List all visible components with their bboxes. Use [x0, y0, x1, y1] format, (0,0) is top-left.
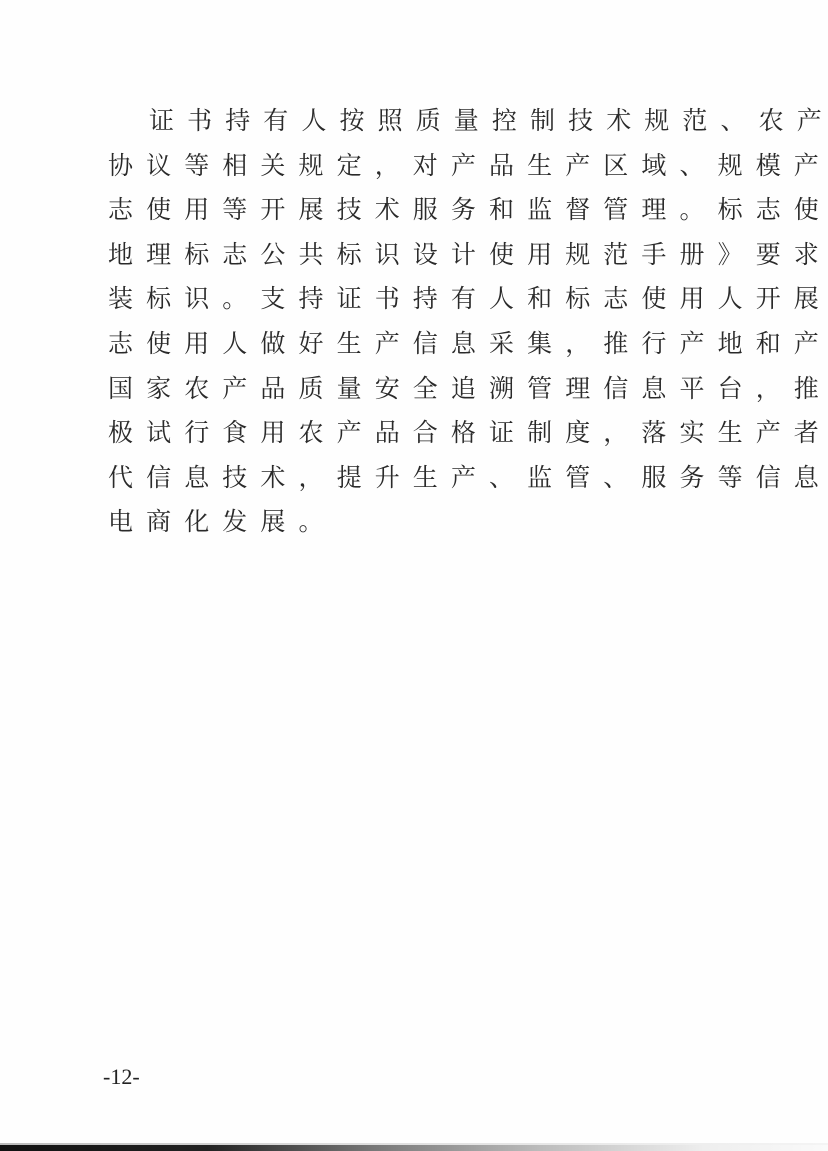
paragraph-line: 极试行食用农产品合格证制度，落实生产者主体责任。利用现 [108, 411, 720, 456]
scan-edge [0, 1145, 828, 1151]
paragraph-line: 电商化发展。 [108, 500, 720, 545]
paragraph-line: 志使用人做好生产信息采集，推行产地和产品台账管理，依托 [108, 322, 720, 367]
paragraph-line: 证书持有人按照质量控制技术规范、农产品地理标志使用 [108, 99, 720, 144]
body-paragraph: 证书持有人按照质量控制技术规范、农产品地理标志使用 协议等相关规定，对产品生产区… [108, 99, 720, 545]
paragraph-line: 协议等相关规定，对产品生产区域、规模产量、特色品质、标 [108, 144, 720, 189]
paragraph-line: 代信息技术，提升生产、监管、服务等信息化水平，推动经营 [108, 456, 720, 501]
page-number: -12- [103, 1064, 140, 1090]
document-page: 证书持有人按照质量控制技术规范、农产品地理标志使用 协议等相关规定，对产品生产区… [0, 0, 828, 1151]
paragraph-line: 地理标志公共标识设计使用规范手册》要求，规范上市产品包 [108, 233, 720, 278]
paragraph-line: 志使用等开展技术服务和监督管理。标志使用人依据《农产品 [108, 188, 720, 233]
paragraph-line: 装标识。支持证书持有人和标志使用人开展打假维权行动。标 [108, 277, 720, 322]
paragraph-line: 国家农产品质量安全追溯管理信息平台，推动产品可追溯。积 [108, 367, 720, 412]
